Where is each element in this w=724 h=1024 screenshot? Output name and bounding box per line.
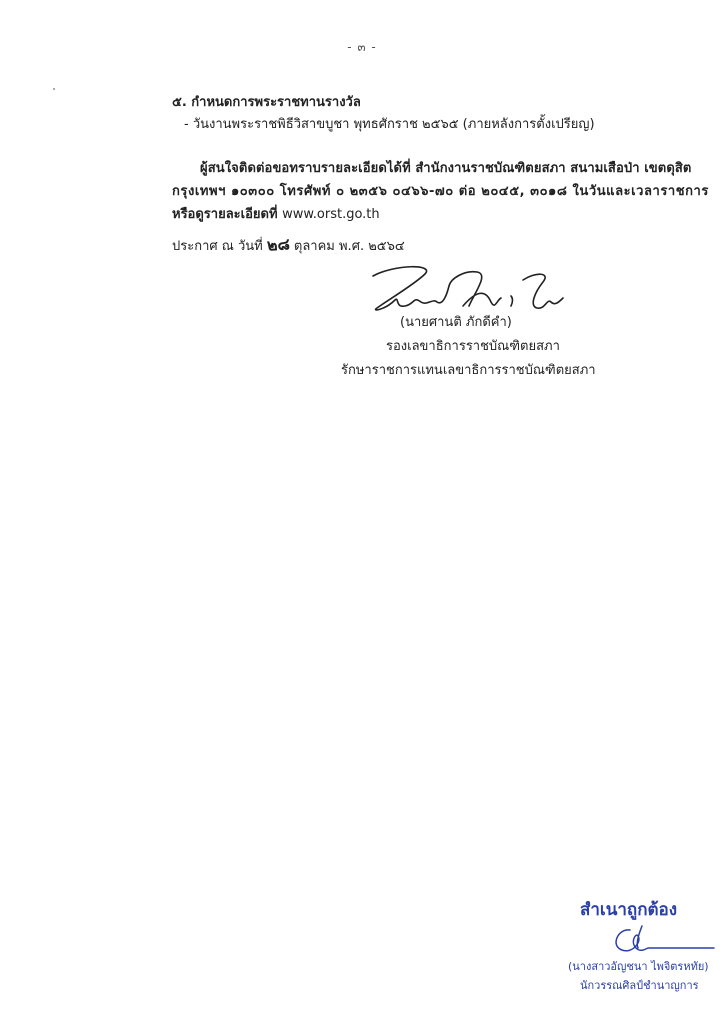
section-heading: ๕. กำหนดการพระราชทานรางวัล [172, 92, 361, 114]
section-item: - วันงานพระราชพิธีวิสาขบูชา พุทธศักราช ๒… [184, 114, 595, 136]
signatory-position-1: รองเลขาธิการราชบัณฑิตยสภา [386, 336, 560, 358]
contact-line-3-prefix: หรือดูรายละเอียดที่ [172, 207, 282, 222]
website-link[interactable]: www.orst.go.th [282, 207, 380, 222]
announcement-suffix: ตุลาคม พ.ศ. ๒๕๖๔ [290, 239, 405, 254]
certified-copy-title: สำเนาถูกต้อง [580, 896, 677, 923]
announcement-date: ประกาศ ณ วันที่ ๒๘ ตุลาคม พ.ศ. ๒๕๖๔ [172, 234, 405, 258]
handwritten-day: ๒๘ [266, 233, 290, 256]
announcement-prefix: ประกาศ ณ วันที่ [172, 239, 267, 254]
signatory-signature [365, 262, 565, 314]
certifier-signature [608, 922, 718, 958]
certifier-position: นักวรรณศิลป์ชำนาญการ [580, 976, 699, 994]
contact-line-2: กรุงเทพฯ ๑๐๓๐๐ โทรศัพท์ ๐ ๒๓๕๖ ๐๔๖๖-๗๐ ต… [172, 181, 709, 203]
contact-line-1: ผู้สนใจติดต่อขอทราบรายละเอียดได้ที่ สำนั… [200, 158, 691, 180]
signatory-name: (นายศานติ ภักดีคำ) [400, 312, 512, 334]
signatory-position-2: รักษาราชการแทนเลขาธิการราชบัณฑิตยสภา [341, 360, 596, 382]
certifier-name: (นางสาวอัญชนา ไพจิตรหทัย) [568, 957, 709, 975]
document-page: - ๓ - ๕. กำหนดการพระราชทานรางวัล - วันงา… [0, 0, 724, 1024]
scan-speck [53, 88, 55, 90]
page-number: - ๓ - [0, 38, 724, 57]
contact-line-3: หรือดูรายละเอียดที่ www.orst.go.th [172, 204, 380, 226]
